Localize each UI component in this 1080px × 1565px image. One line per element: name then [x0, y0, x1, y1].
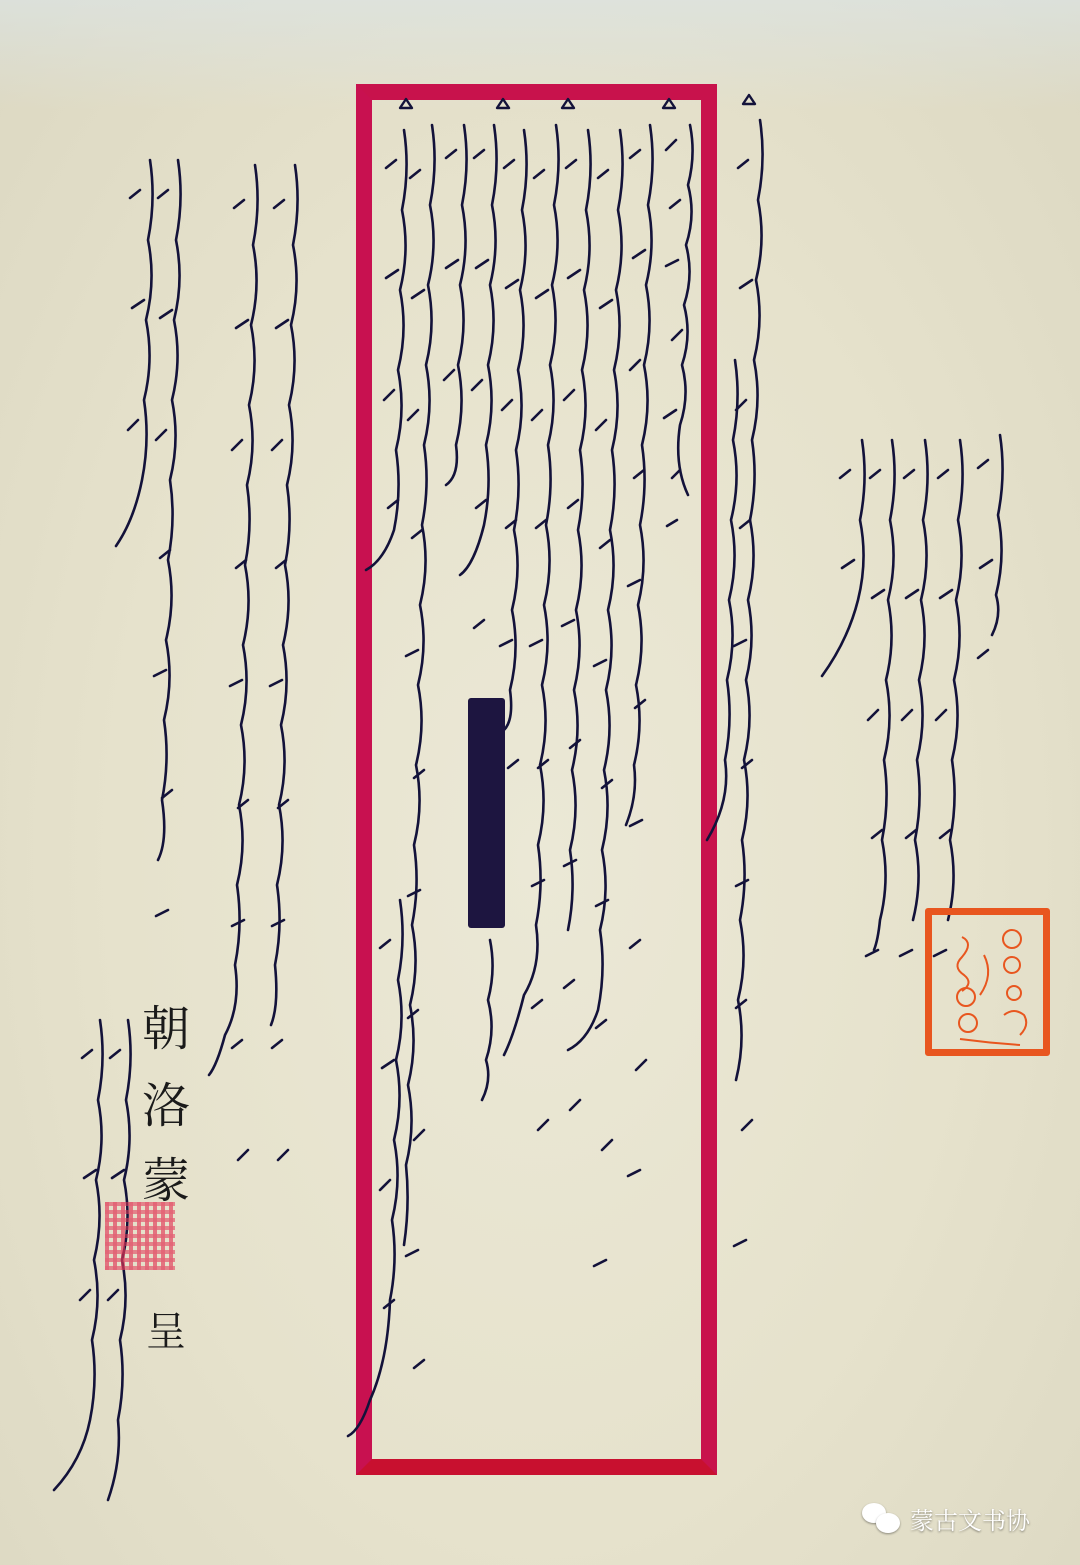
redaction-bar [468, 698, 505, 928]
square-seal [925, 908, 1050, 1056]
signature-present-char: 呈 [140, 1300, 192, 1357]
triangle-markers [400, 95, 755, 108]
signature-char-2: 洛 [140, 1080, 192, 1132]
signature-char-1: 朝 [140, 1003, 192, 1055]
signature-char-3: 蒙 [140, 1155, 192, 1207]
qr-style-red-seal [105, 1202, 175, 1270]
watermark-text: 蒙古文书协 [910, 1501, 1030, 1536]
wechat-watermark: 蒙古文书协 [862, 1498, 1030, 1538]
seal-script-icon [932, 915, 1043, 1049]
framed-columns [348, 125, 693, 1436]
right-block-columns [822, 435, 1003, 956]
wechat-icon [862, 1501, 904, 1535]
outer-right-column [707, 120, 763, 1246]
